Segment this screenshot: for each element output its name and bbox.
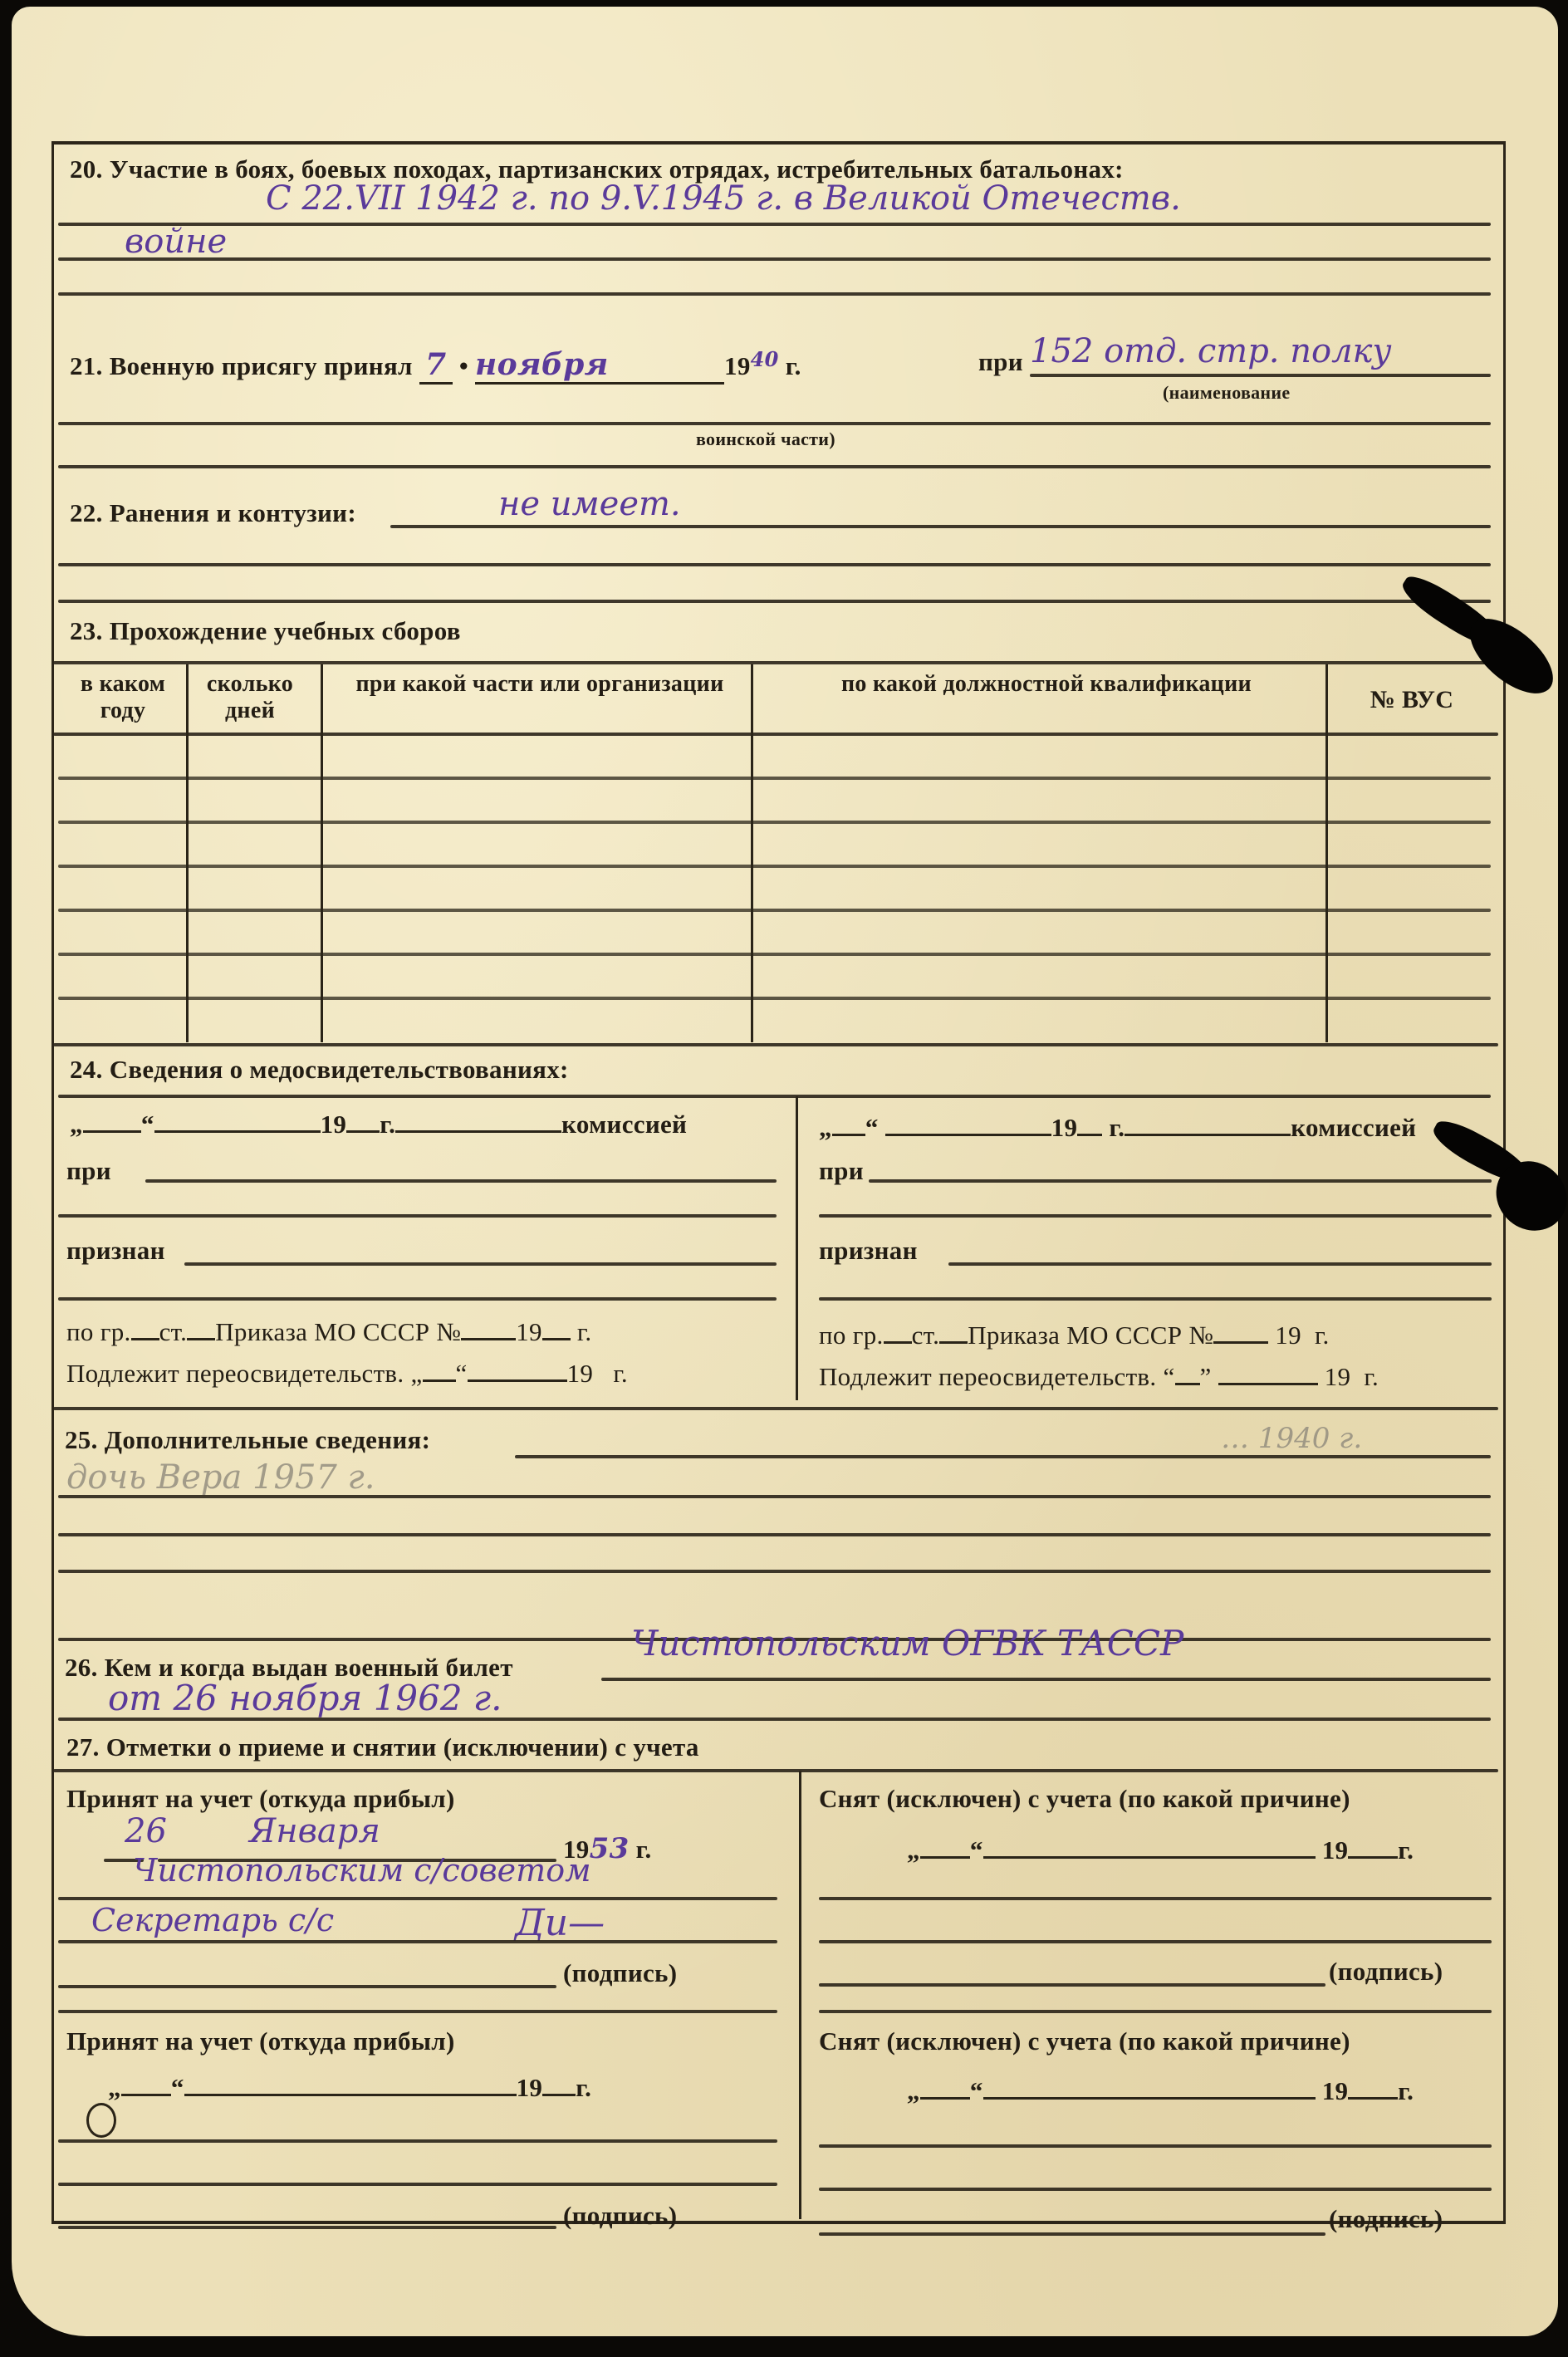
- reexam-label: Подлежит переосвидетельств.: [66, 1359, 404, 1388]
- oath-month-field[interactable]: ноября: [475, 347, 724, 385]
- dereg2-title: Снят (исключен) с учета (по какой причин…: [819, 2026, 1350, 2056]
- caption-unit-name: (наименование: [1163, 382, 1290, 404]
- col-header-qualification: по какой должностной квалификации: [764, 671, 1329, 698]
- col-divider: [1325, 664, 1328, 1042]
- divider: [58, 1214, 777, 1218]
- reg2-year-prefix: 19: [517, 2073, 543, 2102]
- dereg1-date-line: „“ 19г.: [907, 1835, 1414, 1865]
- col-header-days: сколько дней: [188, 671, 312, 724]
- reexam-label: Подлежит переосвидетельств.: [819, 1362, 1156, 1391]
- dereg2-month-field[interactable]: [983, 2097, 1316, 2100]
- oath-day-field[interactable]: 7: [419, 347, 453, 385]
- divider: [53, 1407, 1498, 1410]
- reg1-year-unit: г.: [636, 1835, 652, 1864]
- med-left-month-field[interactable]: [154, 1130, 321, 1133]
- reg2-month-field[interactable]: [184, 2094, 517, 2096]
- divider: [58, 1495, 1491, 1498]
- reg2-title: Принят на учет (откуда прибыл): [66, 2026, 455, 2056]
- center-divider: [799, 1771, 801, 2219]
- table-header-rule: [53, 733, 1498, 736]
- med-left-recognized-label: признан: [66, 1236, 165, 1266]
- order-label: Приказа МО СССР №: [968, 1321, 1213, 1350]
- divider: [601, 1678, 1491, 1681]
- caption-military-unit: воинской части): [696, 429, 835, 450]
- divider: [58, 563, 1491, 566]
- s20-handwriting-line2: войне: [125, 223, 227, 261]
- table-row[interactable]: [58, 821, 1491, 824]
- circle-mark: [86, 2103, 116, 2138]
- reg1-signature-field[interactable]: [58, 1985, 556, 1988]
- med-right-at-label: при: [819, 1156, 864, 1186]
- dereg1-year-prefix: 19: [1322, 1835, 1349, 1865]
- divider: [58, 223, 1491, 226]
- order-year-prefix: 19: [1275, 1321, 1301, 1350]
- med-right-at-field[interactable]: [869, 1179, 1492, 1183]
- med-left-at-field[interactable]: [145, 1179, 777, 1183]
- s26-handwriting-line2: от 26 ноября 1962 г.: [108, 1678, 502, 1718]
- reexam-year-unit: г.: [613, 1359, 628, 1388]
- s27-label: 27. Отметки о приеме и снятии (исключени…: [66, 1732, 699, 1762]
- group-label: по гр.: [66, 1317, 131, 1346]
- med-right-year-unit: г.: [1109, 1113, 1125, 1142]
- divider: [58, 292, 1491, 296]
- reg1-signature: Ди—: [515, 1902, 605, 1944]
- divider: [58, 465, 1491, 468]
- med-left-year-field[interactable]: [346, 1130, 380, 1133]
- reexam-year-prefix: 19: [1325, 1362, 1351, 1391]
- med-right-year-field[interactable]: [1077, 1134, 1102, 1136]
- s25-pencil-line1: … 1940 г.: [1221, 1422, 1362, 1455]
- oath-year-suffix: 40: [751, 347, 779, 371]
- group-field[interactable]: [884, 1341, 912, 1344]
- col-header-vus: № ВУС: [1329, 686, 1495, 714]
- reg1-handwriting-line1: Чистопольским с/советом: [133, 1852, 591, 1889]
- reexam-year-prefix: 19: [567, 1359, 594, 1388]
- med-left-at-label: при: [66, 1156, 111, 1186]
- s20-handwriting-line1: С 22.VII 1942 г. по 9.V.1945 г. в Велико…: [266, 179, 1181, 218]
- article-label: ст.: [159, 1317, 188, 1346]
- table-top-rule: [53, 661, 1498, 664]
- oath-unit-handwriting: 152 отд. стр. полку: [1030, 332, 1392, 370]
- reg1-title: Принят на учет (откуда прибыл): [66, 1784, 455, 1814]
- s26-handwriting-line1: Чистопольским ОГВК ТАССР: [631, 1623, 1183, 1664]
- dereg1-signature-field[interactable]: [819, 1983, 1325, 1987]
- dereg2-signature-field[interactable]: [819, 2232, 1325, 2236]
- oath-day-value: 7: [425, 347, 446, 382]
- col-header-unit: при какой части или организации: [332, 671, 747, 698]
- divider: [1030, 374, 1491, 377]
- divider: [515, 1455, 1491, 1458]
- reg2-origin-field[interactable]: [58, 2139, 777, 2143]
- divider: [58, 1095, 1491, 1098]
- article-label: ст.: [912, 1321, 940, 1350]
- divider: [58, 600, 1491, 603]
- order-year-prefix: 19: [516, 1317, 542, 1346]
- dereg1-signature-caption: (подпись): [1329, 1957, 1443, 1987]
- table-row[interactable]: [58, 997, 1491, 1000]
- med-right-commission-field[interactable]: [1125, 1134, 1291, 1136]
- order-number-field[interactable]: [461, 1338, 516, 1340]
- article-field[interactable]: [187, 1338, 215, 1340]
- reg1-signature-caption: (подпись): [563, 1958, 677, 1988]
- dereg2-date-line: „“ 19г.: [907, 2076, 1414, 2106]
- med-left-commission-label: комиссией: [561, 1110, 687, 1139]
- reexam-month-field[interactable]: [1218, 1383, 1318, 1385]
- col-divider: [751, 664, 753, 1042]
- divider: [58, 422, 1491, 425]
- dereg1-month-field[interactable]: [983, 1856, 1316, 1859]
- reg1-day-hw: 26: [125, 1812, 167, 1850]
- dereg2-reason-field[interactable]: [819, 2144, 1492, 2148]
- reg2-year-unit: г.: [576, 2073, 591, 2102]
- med-left-year-unit: г.: [380, 1110, 395, 1139]
- med-right-recognized-field[interactable]: [948, 1262, 1492, 1266]
- order-year-field[interactable]: [542, 1338, 571, 1340]
- med-right-year-prefix: 19: [1051, 1113, 1078, 1142]
- oath-year-unit: г.: [786, 351, 801, 380]
- col-header-year: в каком году: [61, 671, 184, 724]
- med-left-day-field[interactable]: [83, 1130, 141, 1133]
- reexam-day-field[interactable]: [1175, 1383, 1200, 1385]
- med-right-reexam-line: Подлежит переосвидетельств. “” 19 г.: [819, 1362, 1379, 1392]
- med-right-commission-label: комиссией: [1291, 1113, 1416, 1142]
- oath-month-value: ноября: [475, 347, 609, 382]
- dereg2-year-field[interactable]: [1348, 2097, 1398, 2100]
- divider: [819, 1297, 1492, 1301]
- table-row[interactable]: [58, 909, 1491, 912]
- col-divider: [321, 664, 323, 1042]
- order-number-field[interactable]: [1213, 1341, 1268, 1344]
- order-label: Приказа МО СССР №: [215, 1317, 461, 1346]
- center-divider: [796, 1096, 798, 1400]
- med-right-recognized-label: признан: [819, 1236, 918, 1266]
- table-row[interactable]: [58, 953, 1491, 956]
- med-right-order-line: по гр.ст.Приказа МО СССР № 19 г.: [819, 1321, 1330, 1350]
- divider: [58, 1718, 1491, 1721]
- dereg1-year-unit: г.: [1398, 1835, 1414, 1865]
- order-year-unit: г.: [577, 1317, 592, 1346]
- med-left-reexam-line: Подлежит переосвидетельств. „“19 г.: [66, 1359, 628, 1389]
- table-row[interactable]: [58, 865, 1491, 868]
- s21-label-text: 21. Военную присягу принял: [70, 351, 413, 380]
- table-bottom-rule: [53, 1043, 1498, 1046]
- table-row[interactable]: [58, 777, 1491, 780]
- oath-at-label: при: [978, 347, 1023, 377]
- dereg2-year-unit: г.: [1398, 2076, 1414, 2105]
- dereg2-day-field[interactable]: [920, 2097, 970, 2100]
- s25-pencil-line2: дочь Вера 1957 г.: [66, 1458, 375, 1497]
- reg2-day-field[interactable]: [121, 2094, 171, 2096]
- divider: [819, 2010, 1492, 2013]
- divider: [58, 1570, 1491, 1573]
- group-field[interactable]: [131, 1338, 159, 1340]
- s24-label: 24. Сведения о медосвидетельствованиях:: [70, 1055, 569, 1085]
- med-left-year-prefix: 19: [321, 1110, 347, 1139]
- divider: [58, 257, 1491, 261]
- reg2-signature-caption: (подпись): [563, 2201, 677, 2231]
- s21-label: 21. Военную присягу принял 7 • ноября194…: [70, 347, 801, 385]
- med-right-day-field[interactable]: [832, 1134, 865, 1136]
- order-year-unit: г.: [1315, 1321, 1330, 1350]
- oath-year-prefix: 19: [724, 351, 751, 380]
- s22-handwriting: не имеет.: [498, 485, 681, 523]
- reexam-month-field[interactable]: [468, 1379, 567, 1382]
- divider: [390, 525, 1491, 528]
- s22-label: 22. Ранения и контузии:: [70, 498, 356, 528]
- dereg1-year-field[interactable]: [1348, 1856, 1398, 1859]
- divider: [819, 2188, 1492, 2191]
- divider: [58, 2183, 777, 2186]
- divider: [58, 1533, 1491, 1536]
- reg1-year-hw: 53: [590, 1832, 630, 1865]
- med-right-month-field[interactable]: [885, 1134, 1051, 1136]
- divider: [58, 2010, 777, 2013]
- reg1-handwriting-line2: Секретарь с/с: [91, 1902, 334, 1938]
- article-field[interactable]: [939, 1341, 968, 1344]
- divider: [819, 1940, 1492, 1943]
- s25-label: 25. Дополнительные сведения:: [65, 1425, 430, 1455]
- med-left-recognized-field[interactable]: [184, 1262, 777, 1266]
- col-divider: [186, 664, 189, 1042]
- dereg2-year-prefix: 19: [1322, 2076, 1349, 2105]
- reexam-day-field[interactable]: [423, 1379, 456, 1382]
- med-left-commission-field[interactable]: [395, 1130, 561, 1133]
- reg1-month-hw: Января: [249, 1812, 380, 1850]
- dereg1-title: Снят (исключен) с учета (по какой причин…: [819, 1784, 1350, 1814]
- group-label: по гр.: [819, 1321, 884, 1350]
- divider: [58, 1940, 777, 1943]
- divider: [53, 1769, 1498, 1772]
- reg2-date-line: „“19г.: [108, 2073, 591, 2103]
- reexam-year-unit: г.: [1364, 1362, 1379, 1391]
- divider: [58, 1297, 777, 1301]
- reg2-signature-field[interactable]: [58, 2226, 556, 2229]
- med-left-order-line: по гр.ст.Приказа МО СССР №19 г.: [66, 1317, 591, 1347]
- med-right-date-line: „“ 19 г.комиссией: [819, 1113, 1416, 1143]
- divider: [819, 1214, 1492, 1218]
- reg2-year-field[interactable]: [542, 2094, 576, 2096]
- dereg2-signature-caption: (подпись): [1329, 2204, 1443, 2234]
- dereg1-reason-field[interactable]: [819, 1897, 1492, 1900]
- med-left-date-line: „“19г.комиссией: [70, 1110, 687, 1139]
- s23-label: 23. Прохождение учебных сборов: [70, 616, 461, 646]
- dereg1-day-field[interactable]: [920, 1856, 970, 1859]
- divider: [58, 1897, 777, 1900]
